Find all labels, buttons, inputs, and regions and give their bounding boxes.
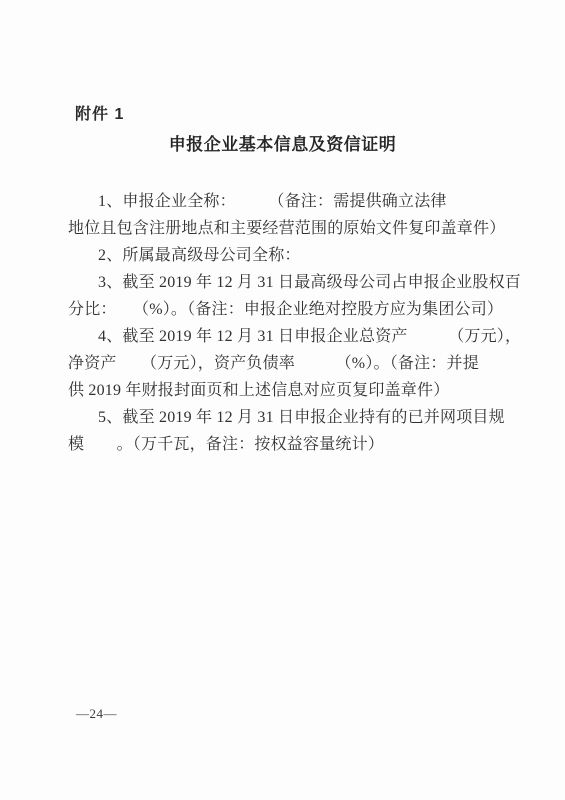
document-title: 申报企业基本信息及资信证明 (0, 130, 565, 155)
body-line: 分比： （%）。（备注：申报企业绝对控股方应为集团公司） (68, 296, 508, 323)
document-body: 1、申报企业全称： （备注：需提供确立法律 地位且包含注册地点和主要经营范围的原… (68, 188, 508, 458)
body-line: 3、截至 2019 年 12 月 31 日最高级母公司占申报企业股权百 (68, 269, 508, 296)
body-line: 模 。（万千瓦，备注：按权益容量统计） (68, 431, 508, 458)
body-line: 2、所属最高级母公司全称： (68, 242, 508, 269)
body-line: 5、截至 2019 年 12 月 31 日申报企业持有的已并网项目规 (68, 404, 508, 431)
attachment-label: 附件 1 (75, 101, 124, 124)
body-line: 4、截至 2019 年 12 月 31 日申报企业总资产 （万元）， (68, 323, 508, 350)
body-line: 净资产 （万元），资产负债率 （%）。（备注：并提 (68, 350, 508, 377)
body-line: 1、申报企业全称： （备注：需提供确立法律 (68, 188, 508, 215)
page-number: —24— (76, 706, 117, 722)
document-page: 附件 1 申报企业基本信息及资信证明 1、申报企业全称： （备注：需提供确立法律… (0, 0, 565, 800)
body-line: 供 2019 年财报封面页和上述信息对应页复印盖章件） (68, 377, 508, 404)
body-line: 地位且包含注册地点和主要经营范围的原始文件复印盖章件） (68, 215, 508, 242)
